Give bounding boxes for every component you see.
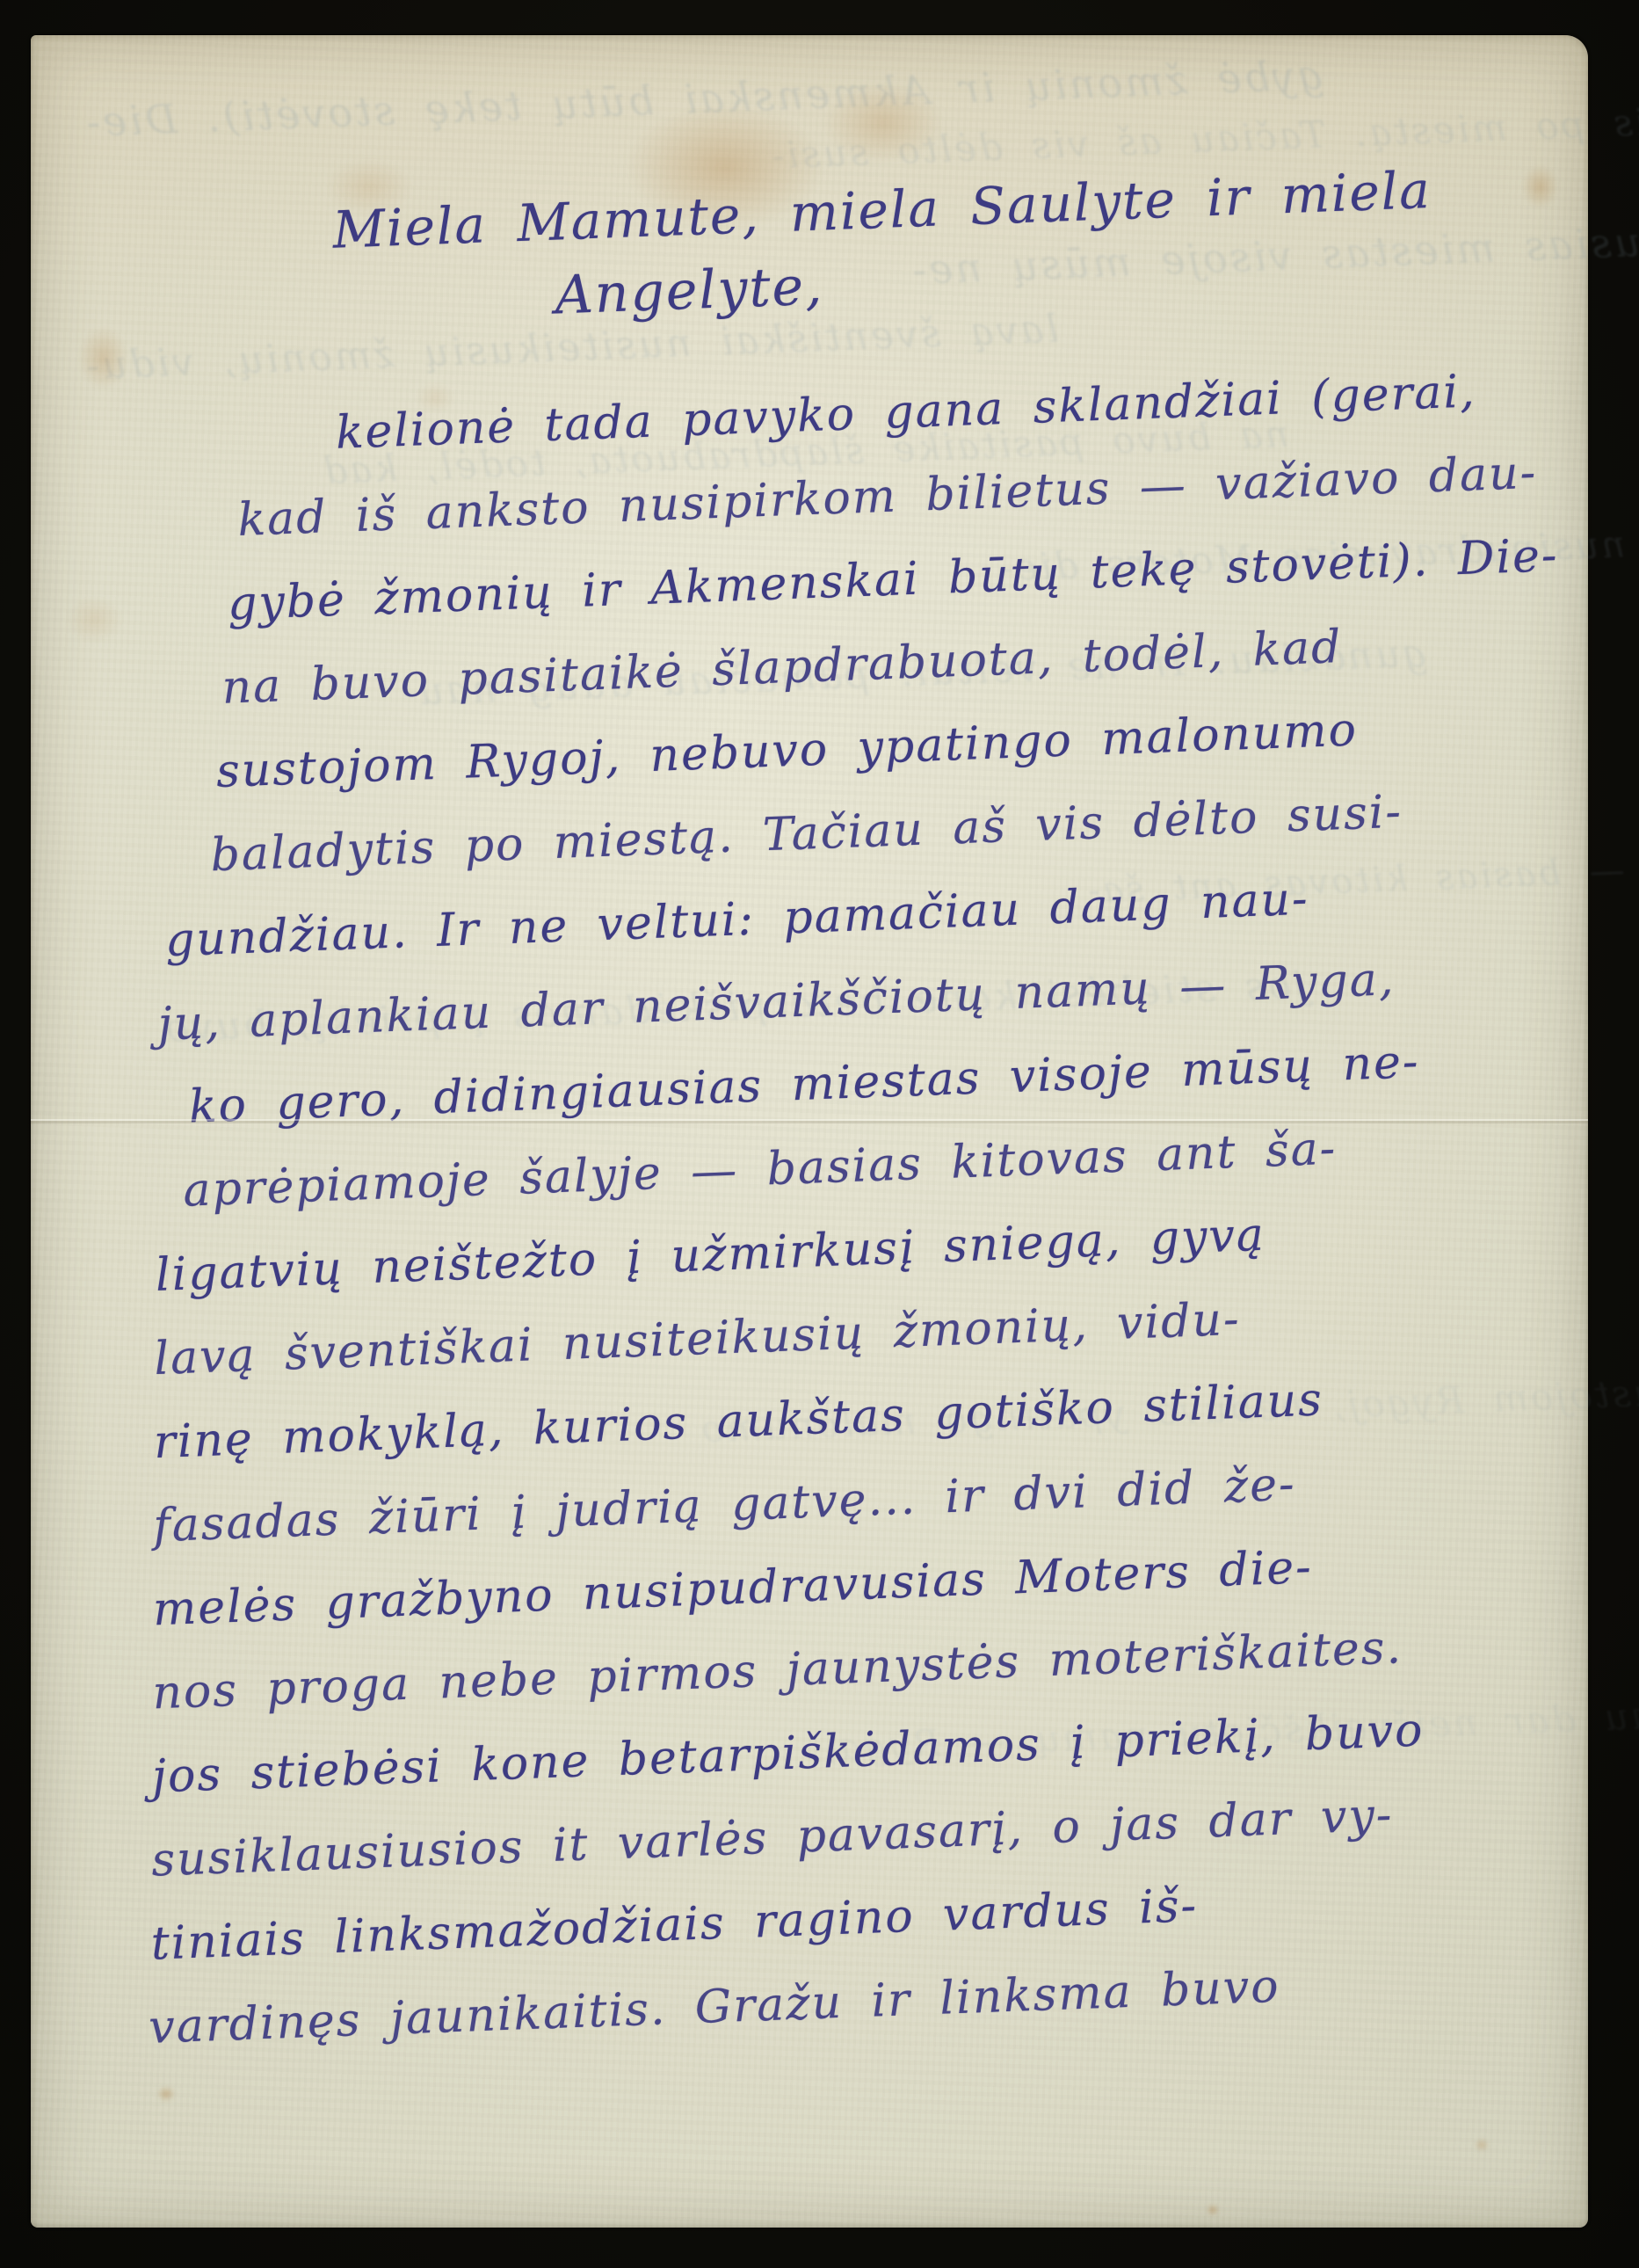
letter-line-1: kelionė tada pavyko gana sklandžiai (ger… [335,365,1477,460]
letter-line-2: kad iš anksto nusipirkom bilietus — važi… [237,447,1539,547]
letter-line-3: gybė žmonių ir Akmenskai būtų tekę stovė… [227,529,1559,630]
letter-line-13: rinę mokyklą, kurios aukštas gotiško sti… [153,1373,1324,1469]
letter-line-14: fasadas žiūri į judrią gatvę... ir dvi d… [152,1458,1296,1553]
letter-body: kelionė tada pavyko gana sklandžiai (ger… [18,0,1574,40]
letter-line-16: nos proga nebe pirmos jaunystės moterišk… [151,1621,1403,1719]
letter-page: gybė žmonių ir Akmenskai būtų tekę stovė… [31,35,1588,2228]
letter-line-6: baladytis po miestą. Tačiau aš vis dėlto… [209,786,1403,883]
salutation-line-2: Angelyte, [554,255,824,326]
letter-line-10: aprėpiamoje šalyje — basias kitovas ant … [182,1123,1338,1218]
photo-background: gybė žmonių ir Akmenskai būtų tekę stovė… [0,0,1639,2268]
letter-line-17: jos stiebėsi kone betarpiškėdamos į prie… [151,1704,1425,1803]
letter-line-8: jų, aplankiau dar neišvaikščiotų namų — … [156,953,1396,1051]
salutation-line-1: Miela Mamute, miela Saulyte ir miela [331,160,1432,260]
letter-content: Miela Mamute, miela Saulyte ir miela Ang… [18,0,1639,2231]
letter-line-11: ligatvių neištežto į užmirkusį sniegą, g… [155,1209,1266,1302]
stain [1204,2202,1222,2218]
letter-line-15: melės gražbyno nusipudravusias Moters di… [152,1541,1314,1636]
letter-line-9: ko gero, didingiausias miestas visoje mū… [188,1036,1420,1133]
letter-line-19: tiniais linksmažodžiais ragino vardus iš… [150,1879,1199,1971]
letter-line-20: vardinęs jaunikaitis. Gražu ir linksma b… [148,1960,1280,2054]
letter-line-12: lavą šventiškai nusiteikusių žmonių, vid… [153,1293,1241,1385]
letter-line-5: sustojom Rygoj, nebuvo ypatingo malonumo [215,703,1359,798]
letter-line-18: susiklausiusios it varlės pavasarį, o ja… [150,1789,1394,1887]
letter-line-4: na buvo pasitaikė šlapdrabuota, todėl, k… [221,621,1344,715]
letter-line-7: gundžiau. Ir ne veltui: pamačiau daug na… [164,873,1310,968]
